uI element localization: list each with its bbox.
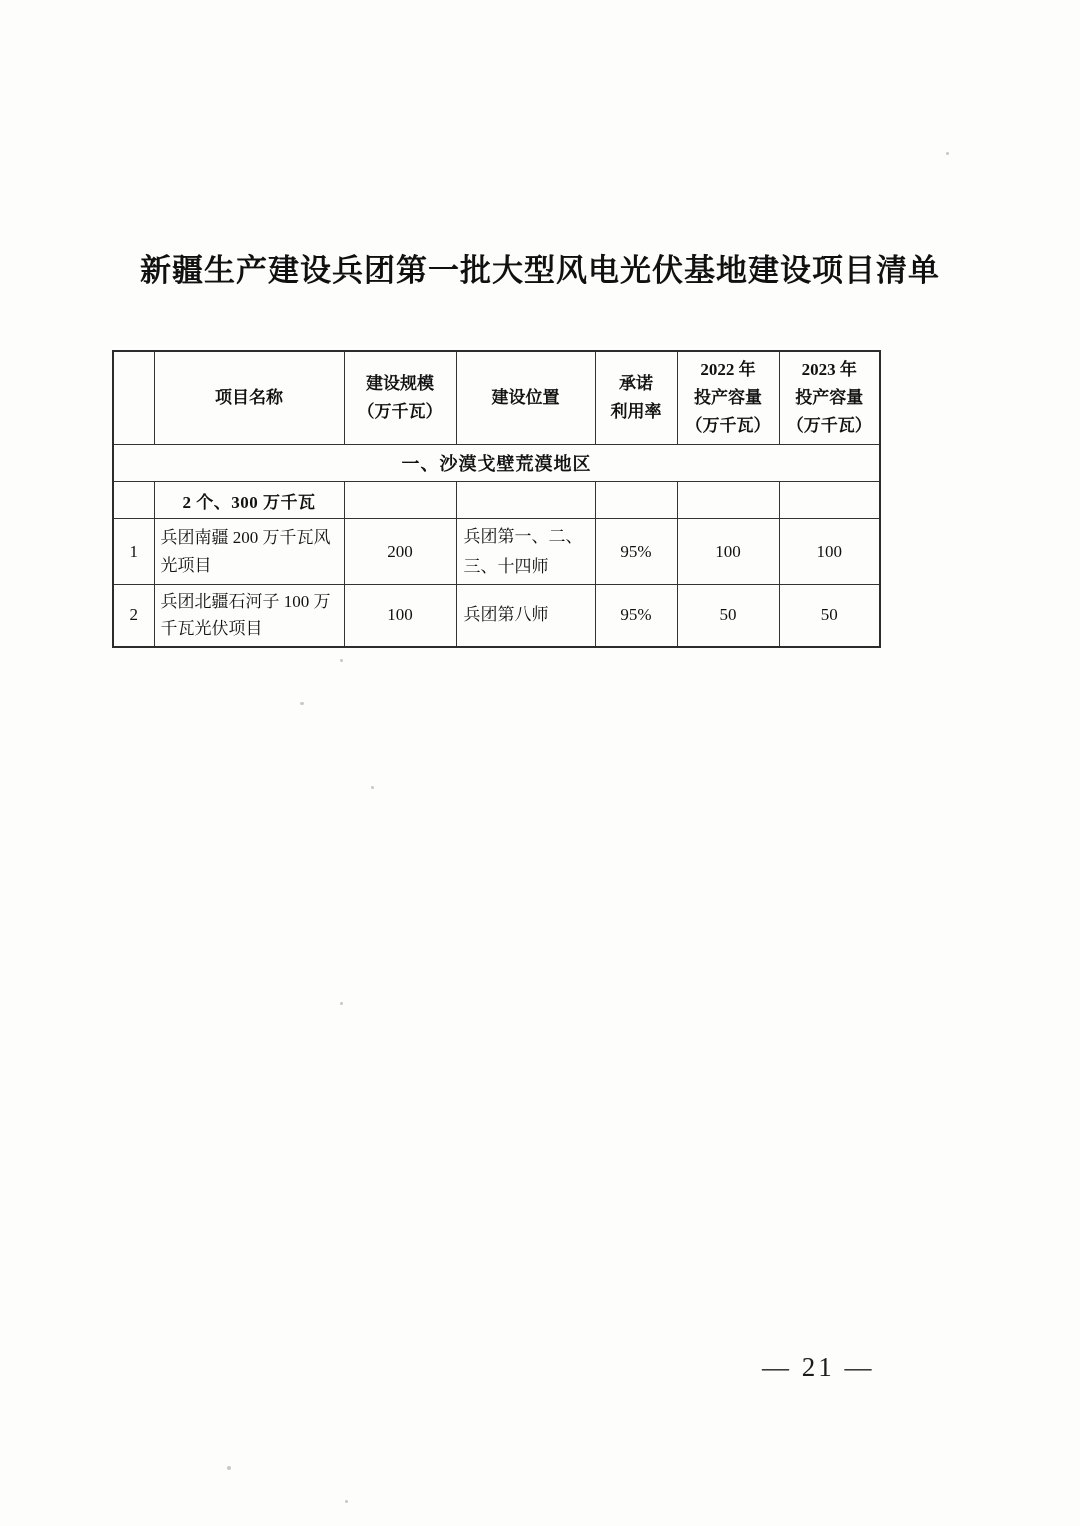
scan-speck [371, 786, 374, 789]
section-header-row: 一、沙漠戈壁荒漠地区 [113, 445, 880, 482]
project-name: 兵团北疆石河子 100 万千瓦光伏项目 [154, 585, 344, 647]
table-row: 1 兵团南疆 200 万千瓦风光项目 200 兵团第一、二、三、十四师 95% … [113, 519, 880, 585]
subtotal-empty-2022 [677, 482, 779, 519]
scale-value: 100 [344, 585, 456, 647]
table-header-row: 项目名称 建设规模 （万千瓦） 建设位置 承诺 利用率 2022 年 投产容量 … [113, 351, 880, 445]
scan-speck [227, 1466, 231, 1470]
header-cell-capacity-2022: 2022 年 投产容量 （万千瓦） [677, 351, 779, 445]
utilization-value: 95% [595, 585, 677, 647]
header-cell-utilization: 承诺 利用率 [595, 351, 677, 445]
subtotal-row: 2 个、300 万千瓦 [113, 482, 880, 519]
header-cell-location: 建设位置 [456, 351, 595, 445]
utilization-value: 95% [595, 519, 677, 585]
location-value: 兵团第八师 [456, 585, 595, 647]
header-cell-scale: 建设规模 （万千瓦） [344, 351, 456, 445]
page-title: 新疆生产建设兵团第一批大型风电光伏基地建设项目清单 [0, 245, 1080, 290]
capacity-2022-value: 100 [677, 519, 779, 585]
document-page: 新疆生产建设兵团第一批大型风电光伏基地建设项目清单 项目名称 建设规模 （万千瓦… [0, 0, 1080, 1526]
row-index: 1 [113, 519, 154, 585]
capacity-2023-value: 50 [779, 585, 880, 647]
scan-speck [300, 702, 304, 705]
subtotal-empty-2023 [779, 482, 880, 519]
subtotal-empty-scale [344, 482, 456, 519]
page-number: — 21 — [762, 1352, 875, 1383]
project-list-table: 项目名称 建设规模 （万千瓦） 建设位置 承诺 利用率 2022 年 投产容量 … [112, 350, 881, 648]
subtotal-empty-location [456, 482, 595, 519]
row-index: 2 [113, 585, 154, 647]
section-header-desert-gobi: 一、沙漠戈壁荒漠地区 [113, 445, 880, 482]
subtotal-cell: 2 个、300 万千瓦 [154, 482, 344, 519]
scan-speck [340, 659, 343, 662]
capacity-2023-value: 100 [779, 519, 880, 585]
header-cell-project-name: 项目名称 [154, 351, 344, 445]
subtotal-empty-utilization [595, 482, 677, 519]
header-cell-capacity-2023: 2023 年 投产容量 （万千瓦） [779, 351, 880, 445]
scan-speck [345, 1500, 348, 1503]
capacity-2022-value: 50 [677, 585, 779, 647]
subtotal-index-cell [113, 482, 154, 519]
scale-value: 200 [344, 519, 456, 585]
scan-speck [340, 1002, 343, 1005]
scan-speck [946, 152, 949, 155]
project-name: 兵团南疆 200 万千瓦风光项目 [154, 519, 344, 585]
header-cell-index [113, 351, 154, 445]
table-row: 2 兵团北疆石河子 100 万千瓦光伏项目 100 兵团第八师 95% 50 5… [113, 585, 880, 647]
location-value: 兵团第一、二、三、十四师 [456, 519, 595, 585]
